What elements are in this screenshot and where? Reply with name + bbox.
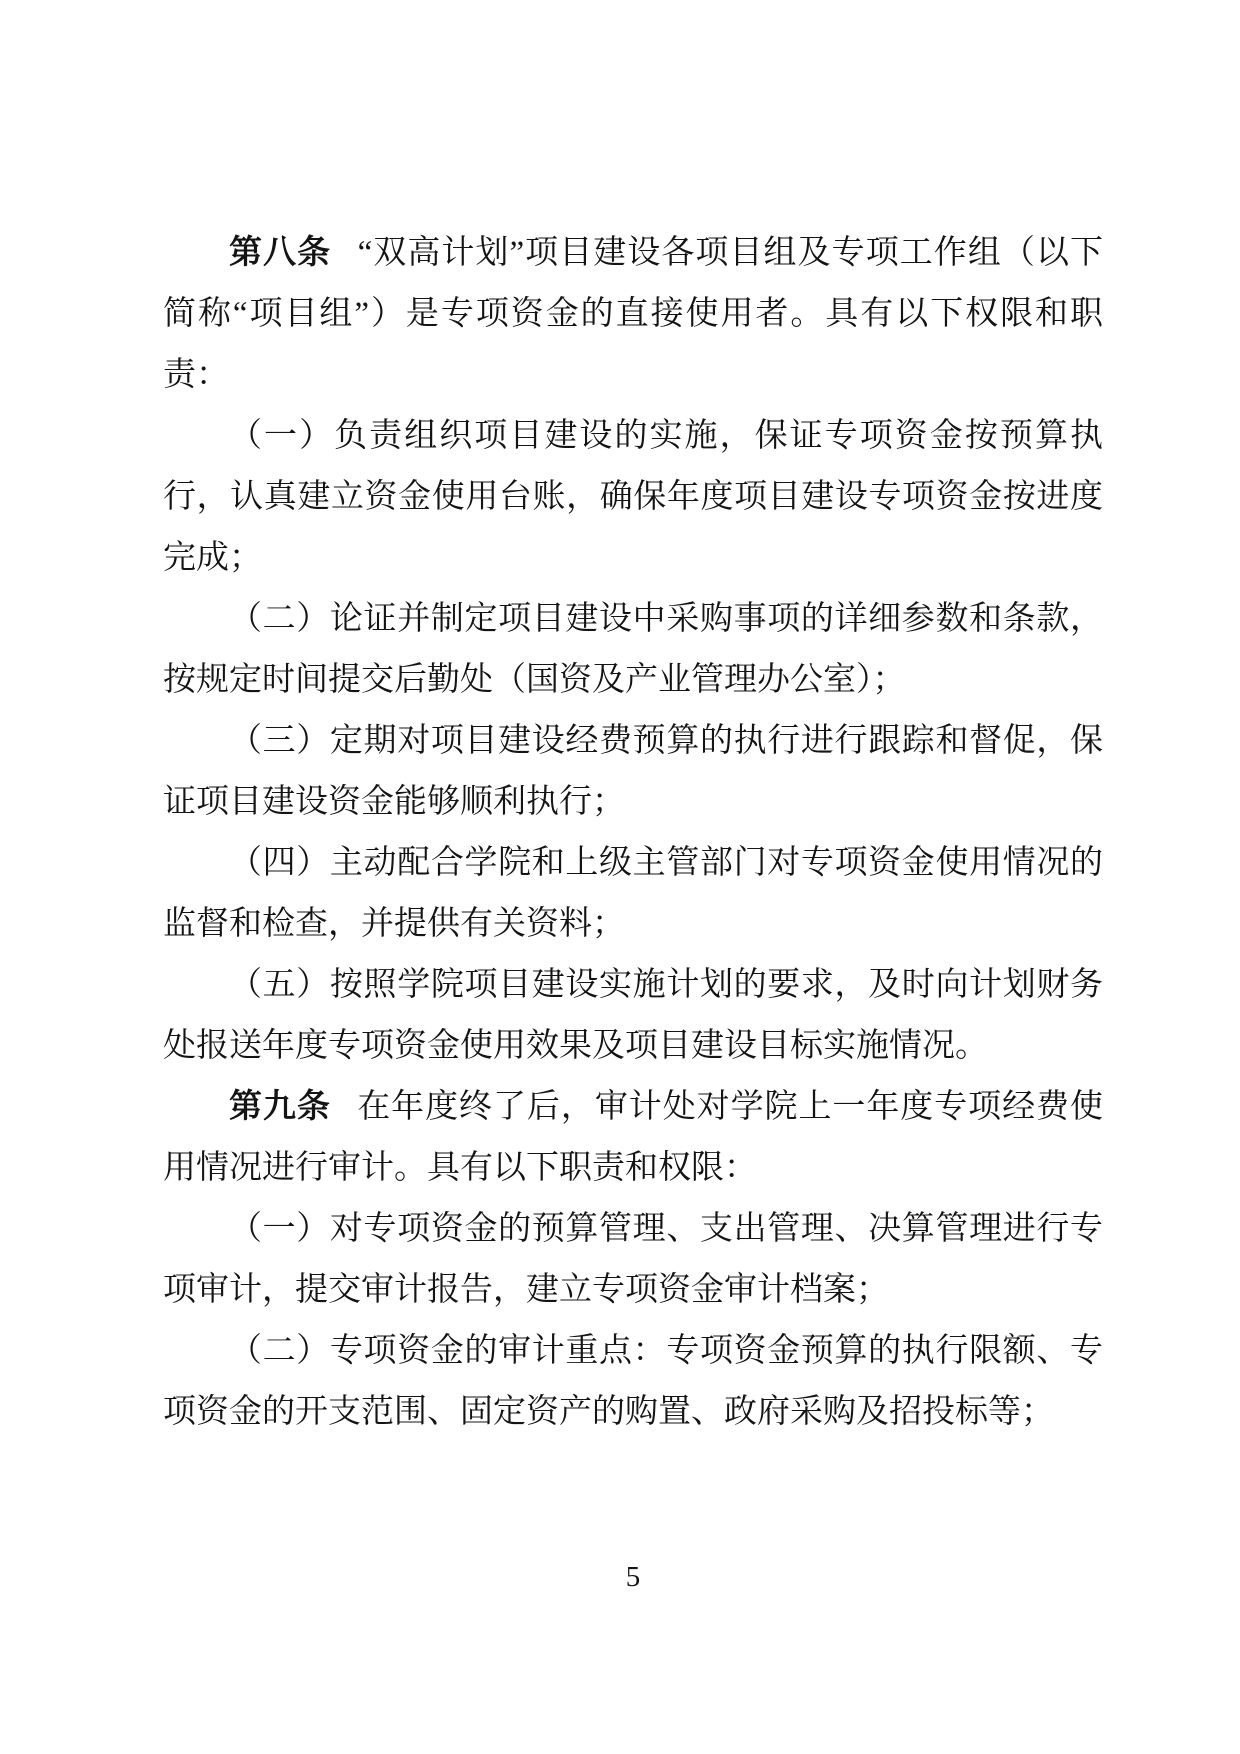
clause-6-text: （一）对专项资金的预算管理、支出管理、决算管理进行专项审计，提交审计报告，建立专… [163, 1211, 1103, 1308]
paragraph-article-9: 第九条在年度终了后，审计处对学院上一年度专项经费使用情况进行审计。具有以下职责和… [163, 1077, 1103, 1199]
paragraph-clause-3: （三）定期对项目建设经费预算的执行进行跟踪和督促，保证项目建设资金能够顺利执行； [163, 711, 1103, 833]
paragraph-clause-5: （五）按照学院项目建设实施计划的要求，及时向计划财务处报送年度专项资金使用效果及… [163, 955, 1103, 1077]
document-page: 第八条“双高计划”项目建设各项目组及专项工作组（以下简称“项目组”）是专项资金的… [0, 0, 1240, 1754]
clause-7-text: （二）专项资金的审计重点：专项资金预算的执行限额、专项资金的开支范围、固定资产的… [163, 1333, 1103, 1430]
article-8-heading: 第八条 [229, 235, 331, 271]
clause-3-text: （三）定期对项目建设经费预算的执行进行跟踪和督促，保证项目建设资金能够顺利执行； [163, 723, 1103, 820]
clause-4-text: （四）主动配合学院和上级主管部门对专项资金使用情况的监督和检查，并提供有关资料； [163, 845, 1103, 942]
paragraph-clause-7: （二）专项资金的审计重点：专项资金预算的执行限额、专项资金的开支范围、固定资产的… [163, 1321, 1103, 1443]
article-9-heading: 第九条 [229, 1089, 331, 1125]
paragraph-clause-4: （四）主动配合学院和上级主管部门对专项资金使用情况的监督和检查，并提供有关资料； [163, 833, 1103, 955]
clause-1-text: （一）负责组织项目建设的实施，保证专项资金按预算执行，认真建立资金使用台账，确保… [163, 418, 1103, 576]
page-number: 5 [626, 1561, 641, 1593]
document-body: 第八条“双高计划”项目建设各项目组及专项工作组（以下简称“项目组”）是专项资金的… [163, 223, 1103, 1443]
page-footer: 5 [163, 1560, 1103, 1594]
paragraph-clause-6: （一）对专项资金的预算管理、支出管理、决算管理进行专项审计，提交审计报告，建立专… [163, 1199, 1103, 1321]
clause-2-text: （二）论证并制定项目建设中采购事项的详细参数和条款，按规定时间提交后勤处（国资及… [163, 601, 1103, 698]
paragraph-clause-2: （二）论证并制定项目建设中采购事项的详细参数和条款，按规定时间提交后勤处（国资及… [163, 589, 1103, 711]
paragraph-clause-1: （一）负责组织项目建设的实施，保证专项资金按预算执行，认真建立资金使用台账，确保… [163, 406, 1103, 589]
clause-5-text: （五）按照学院项目建设实施计划的要求，及时向计划财务处报送年度专项资金使用效果及… [163, 967, 1103, 1064]
paragraph-article-8: 第八条“双高计划”项目建设各项目组及专项工作组（以下简称“项目组”）是专项资金的… [163, 223, 1103, 406]
